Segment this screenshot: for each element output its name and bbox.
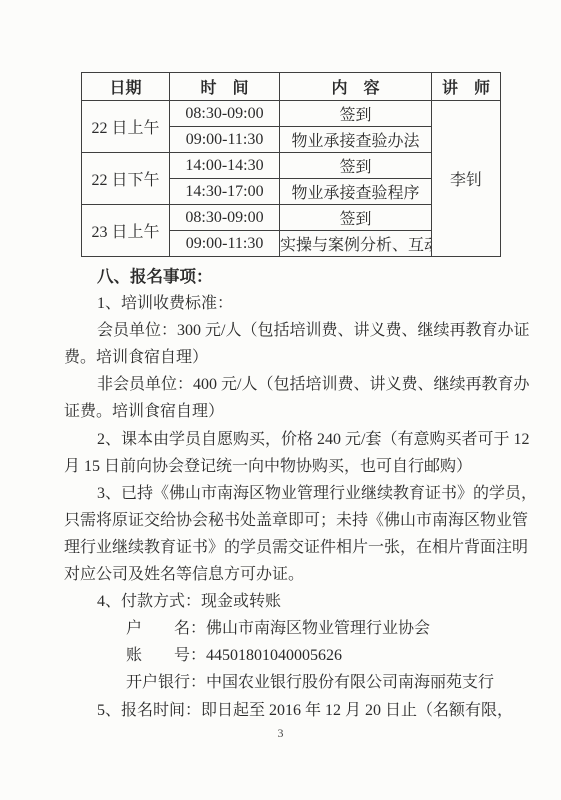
section-heading: 八、报名事项： (64, 263, 512, 290)
body-text: 八、报名事项：1、培训收费标准：会员单位：300 元/人（包括培训费、讲义费、继… (64, 263, 512, 724)
lecturer-cell: 李钊 (432, 101, 501, 257)
time-cell: 09:00-11:30 (170, 127, 280, 153)
content-cell: 签到 (280, 101, 432, 127)
body-line: 户 名：佛山市南海区物业管理行业协会 (64, 615, 512, 642)
date-cell: 23 日上午 (82, 205, 170, 257)
document-page: 日期时 间内 容讲 师22 日上午08:30-09:00签到李钊09:00-11… (0, 0, 561, 800)
content-cell: 签到 (280, 153, 432, 179)
content-cell: 实操与案例分析、互动 (280, 231, 432, 257)
date-cell: 22 日上午 (82, 101, 170, 153)
table-header-cell: 讲 师 (432, 73, 501, 101)
body-line: 5、报名时间：即日起至 2016 年 12 月 20 日止（名额有限， (64, 697, 512, 724)
table-header-cell: 内 容 (280, 73, 432, 101)
body-line: 费。培训食宿自理） (64, 344, 512, 371)
table-header-cell: 时 间 (170, 73, 280, 101)
table-row: 22 日上午08:30-09:00签到李钊 (82, 101, 501, 127)
time-cell: 14:00-14:30 (170, 153, 280, 179)
table-header-row: 日期时 间内 容讲 师 (82, 73, 501, 101)
body-line: 证费。培训食宿自理） (64, 398, 512, 425)
content-cell: 物业承接查验办法 (280, 127, 432, 153)
body-line: 对应公司及姓名等信息方可办证。 (64, 561, 512, 588)
body-line: 开户银行：中国农业银行股份有限公司南海丽苑支行 (64, 669, 512, 696)
body-line: 会员单位：300 元/人（包括培训费、讲义费、继续再教育办证 (64, 317, 512, 344)
time-cell: 08:30-09:00 (170, 205, 280, 231)
body-line: 2、课本由学员自愿购买，价格 240 元/套（有意购买者可于 12 (64, 426, 512, 453)
date-cell: 22 日下午 (82, 153, 170, 205)
page-number: 3 (0, 726, 561, 741)
body-line: 只需将原证交给协会秘书处盖章即可；未持《佛山市南海区物业管 (64, 507, 512, 534)
body-line: 1、培训收费标准： (64, 290, 512, 317)
body-line: 账 号：44501801040005626 (64, 642, 512, 669)
body-line: 理行业继续教育证书》的学员需交证件相片一张，在相片背面注明 (64, 534, 512, 561)
content-cell: 物业承接查验程序 (280, 179, 432, 205)
body-line: 4、付款方式：现金或转账 (64, 588, 512, 615)
table-header-cell: 日期 (82, 73, 170, 101)
schedule-table: 日期时 间内 容讲 师22 日上午08:30-09:00签到李钊09:00-11… (81, 72, 501, 257)
time-cell: 14:30-17:00 (170, 179, 280, 205)
body-line: 3、已持《佛山市南海区物业管理行业继续教育证书》的学员， (64, 480, 512, 507)
body-line: 非会员单位：400 元/人（包括培训费、讲义费、继续再教育办 (64, 371, 512, 398)
content-cell: 签到 (280, 205, 432, 231)
time-cell: 09:00-11:30 (170, 231, 280, 257)
time-cell: 08:30-09:00 (170, 101, 280, 127)
body-line: 月 15 日前向协会登记统一向中物协购买，也可自行邮购） (64, 453, 512, 480)
